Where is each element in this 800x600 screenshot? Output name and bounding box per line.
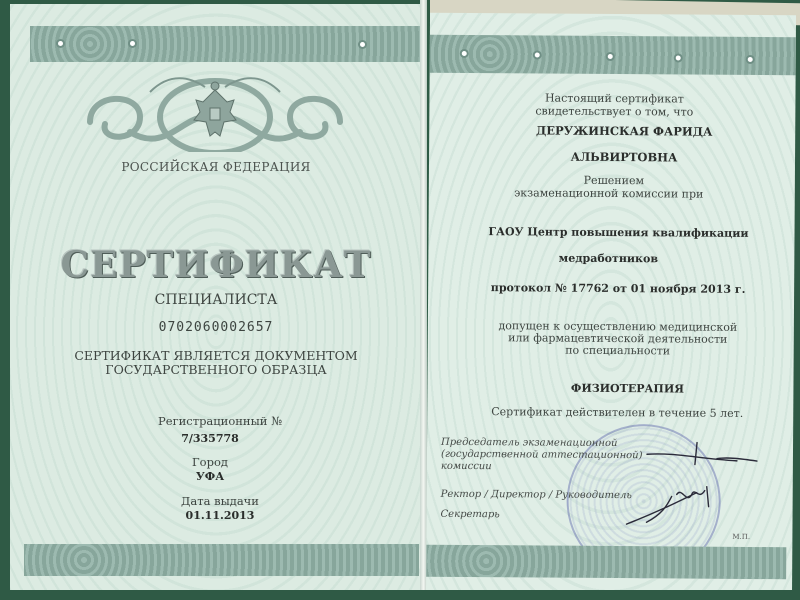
country-name: РОССИЙСКАЯ ФЕДЕРАЦИЯ bbox=[10, 160, 422, 174]
band-dot bbox=[360, 42, 365, 47]
band-dot bbox=[535, 52, 540, 57]
band-dot bbox=[608, 54, 613, 59]
certificate-subtitle: СПЕЦИАЛИСТА bbox=[10, 292, 422, 308]
band-dot bbox=[748, 57, 753, 62]
certificate-title: СЕРТИФИКАТ bbox=[10, 244, 422, 286]
decision-line-2: экзаменационной комиссии при bbox=[469, 186, 749, 201]
registration-label: Регистрационный № bbox=[130, 414, 310, 428]
registration-value: 7/335778 bbox=[130, 432, 290, 445]
holder-name-line-2: АЛЬВИРТОВНА bbox=[489, 149, 759, 165]
band-dot bbox=[462, 51, 467, 56]
admitted-line-3: по специальности bbox=[448, 343, 788, 358]
validity-statement: Сертификат действителен в течение 5 лет. bbox=[447, 405, 787, 420]
top-ornament-band bbox=[430, 35, 796, 76]
statement-line-2: ГОСУДАРСТВЕННОГО ОБРАЗЦА bbox=[10, 362, 422, 377]
issue-date-value: 01.11.2013 bbox=[130, 509, 310, 522]
secretary-label: Секретарь bbox=[441, 509, 500, 520]
statement-line-1: СЕРТИФИКАТ ЯВЛЯЕТСЯ ДОКУМЕНТОМ bbox=[10, 348, 422, 363]
specialty: ФИЗИОТЕРАПИЯ bbox=[467, 381, 787, 396]
band-dot bbox=[130, 41, 135, 46]
organization-line-2: медработников bbox=[448, 251, 768, 266]
coat-of-arms-emblem bbox=[70, 62, 360, 152]
right-page: Настоящий сертификат свидетельствует о т… bbox=[426, 13, 796, 600]
organization-line-1: ГАОУ Центр повышения квалификации bbox=[448, 225, 788, 240]
holder-name-line-1: ДЕРУЖИНСКАЯ ФАРИДА bbox=[489, 123, 759, 139]
serial-number: 0702060002657 bbox=[10, 320, 422, 335]
left-page: РОССИЙСКАЯ ФЕДЕРАЦИЯ СЕРТИФИКАТ СПЕЦИАЛИ… bbox=[10, 4, 422, 600]
protocol-number: протокол № 17762 от 01 ноября 2013 г. bbox=[448, 281, 788, 296]
signatures bbox=[566, 434, 767, 545]
band-dot bbox=[676, 55, 681, 60]
band-dot bbox=[58, 41, 63, 46]
top-ornament-band bbox=[30, 26, 422, 62]
city-value: УФА bbox=[130, 470, 290, 483]
city-label: Город bbox=[130, 455, 290, 469]
issue-date-label: Дата выдачи bbox=[130, 494, 310, 508]
bottom-ornament-band bbox=[24, 544, 419, 576]
bottom-ornament-band bbox=[426, 545, 786, 580]
chairman-line-3: комиссии bbox=[441, 461, 492, 472]
intro-line-2: свидетельствует о том, что bbox=[489, 104, 739, 119]
cover-bottom-edge bbox=[0, 590, 800, 600]
